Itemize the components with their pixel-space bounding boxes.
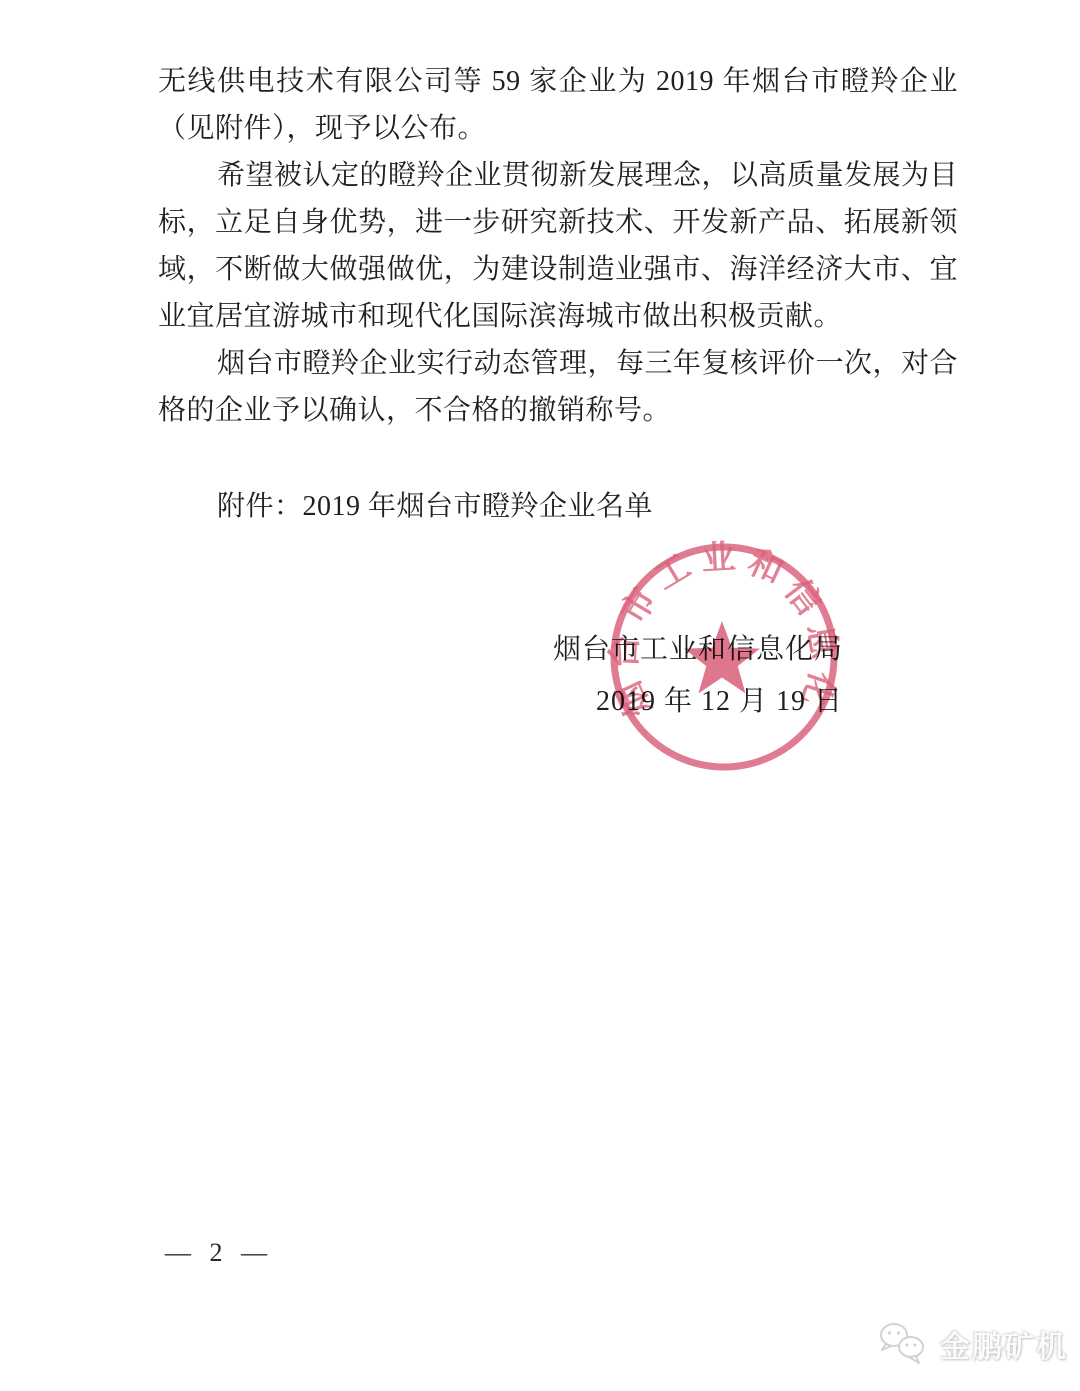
paragraph-2-line-4: 业宜居宜游城市和现代化国际滨海城市做出积极贡献。: [158, 293, 958, 340]
watermark-label: 金鹏矿机: [940, 1322, 1068, 1366]
paragraph-3-line-1: 烟台市瞪羚企业实行动态管理，每三年复核评价一次，对合: [158, 340, 958, 387]
attachment-line: 附件：2019 年烟台市瞪羚企业名单: [158, 483, 958, 530]
paragraph-2-line-1: 希望被认定的瞪羚企业贯彻新发展理念，以高质量发展为目: [158, 152, 958, 199]
paragraph-3-line-2: 格的企业予以确认，不合格的撤销称号。: [158, 387, 958, 434]
official-seal-stamp: 烟台市工业和信息化局: [604, 537, 844, 777]
paragraph-1-line-1: 无线供电技术有限公司等 59 家企业为 2019 年烟台市瞪羚企业: [158, 58, 958, 105]
wechat-icon: [878, 1319, 932, 1369]
document-page: 无线供电技术有限公司等 59 家企业为 2019 年烟台市瞪羚企业 （见附件），…: [0, 0, 1080, 1391]
paragraph-2-line-2: 标，立足自身优势，进一步研究新技术、开发新产品、拓展新领: [158, 199, 958, 246]
watermark: 金鹏矿机: [878, 1312, 1068, 1376]
page-number: — 2 —: [165, 1238, 273, 1268]
paragraph-2-line-3: 域，不断做大做强做优，为建设制造业强市、海洋经济大市、宜: [158, 246, 958, 293]
paragraph-1-line-2: （见附件），现予以公布。: [158, 105, 958, 152]
seal-star-icon: [684, 621, 760, 693]
